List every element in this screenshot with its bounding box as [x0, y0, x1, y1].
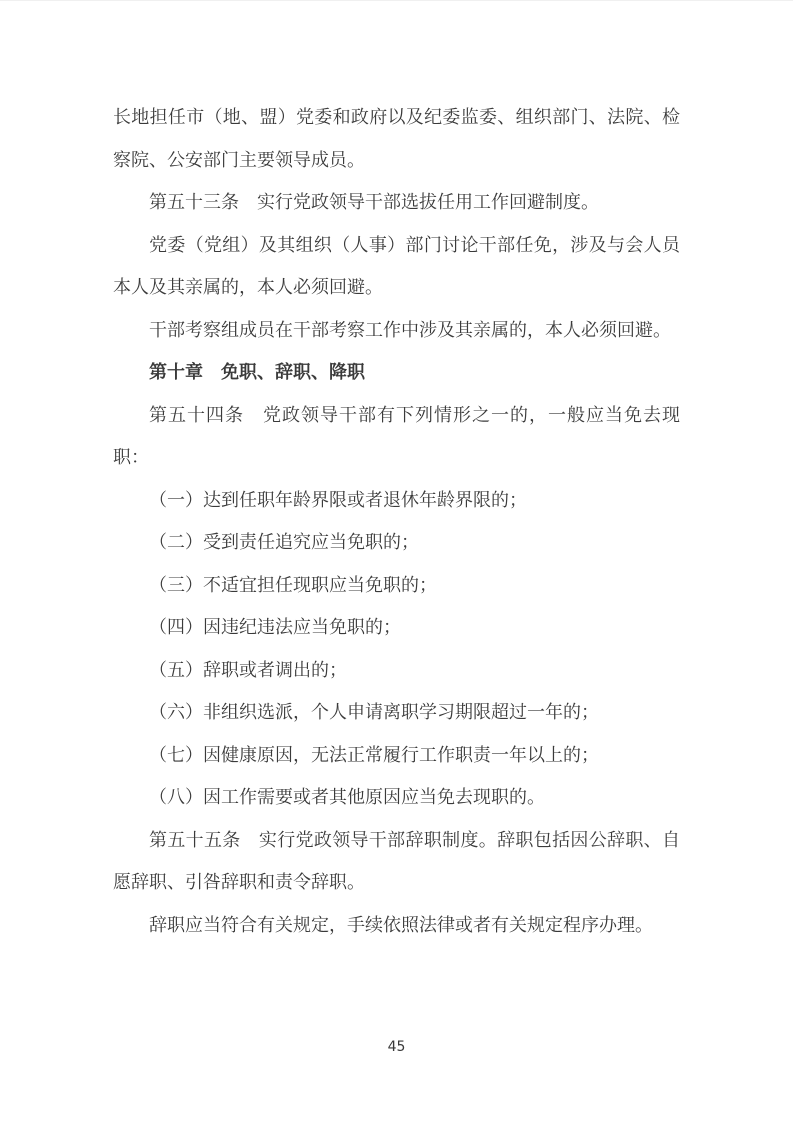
- article-54-item-4: （四）因违纪违法应当免职的；: [113, 607, 680, 650]
- article-54-item-6: （六）非组织选派，个人申请离职学习期限超过一年的；: [113, 692, 680, 735]
- article-53-clause-inspection-recusal: 干部考察组成员在干部考察工作中涉及其亲属的，本人必须回避。: [113, 310, 680, 353]
- article-55-paragraph: 第五十五条 实行党政领导干部辞职制度。辞职包括因公辞职、自愿辞职、引咎辞职和责令…: [113, 820, 680, 905]
- paragraph-continuation: 长地担任市（地、盟）党委和政府以及纪委监委、组织部门、法院、检察院、公安部门主要…: [113, 97, 680, 182]
- document-body: 长地担任市（地、盟）党委和政府以及纪委监委、组织部门、法院、检察院、公安部门主要…: [113, 97, 680, 947]
- article-54-item-8: （八）因工作需要或者其他原因应当免去现职的。: [113, 777, 680, 820]
- article-53-clause-committee-recusal: 党委（党组）及其组织（人事）部门讨论干部任免，涉及与会人员本人及其亲属的，本人必…: [113, 225, 680, 310]
- article-53-paragraph: 第五十三条 实行党政领导干部选拔任用工作回避制度。: [113, 182, 680, 225]
- article-54-item-7: （七）因健康原因，无法正常履行工作职责一年以上的；: [113, 735, 680, 778]
- page-number: 45: [0, 1037, 793, 1057]
- chapter-10-heading: 第十章 免职、辞职、降职: [113, 352, 680, 395]
- document-page: 长地担任市（地、盟）党委和政府以及纪委监委、组织部门、法院、检察院、公安部门主要…: [0, 0, 793, 1122]
- article-55-clause-procedure: 辞职应当符合有关规定，手续依照法律或者有关规定程序办理。: [113, 905, 680, 948]
- article-54-item-1: （一）达到任职年龄界限或者退休年龄界限的；: [113, 480, 680, 523]
- article-54-item-3: （三）不适宜担任现职应当免职的；: [113, 565, 680, 608]
- article-54-paragraph: 第五十四条 党政领导干部有下列情形之一的，一般应当免去现职：: [113, 395, 680, 480]
- article-54-item-5: （五）辞职或者调出的；: [113, 650, 680, 693]
- article-54-item-2: （二）受到责任追究应当免职的；: [113, 522, 680, 565]
